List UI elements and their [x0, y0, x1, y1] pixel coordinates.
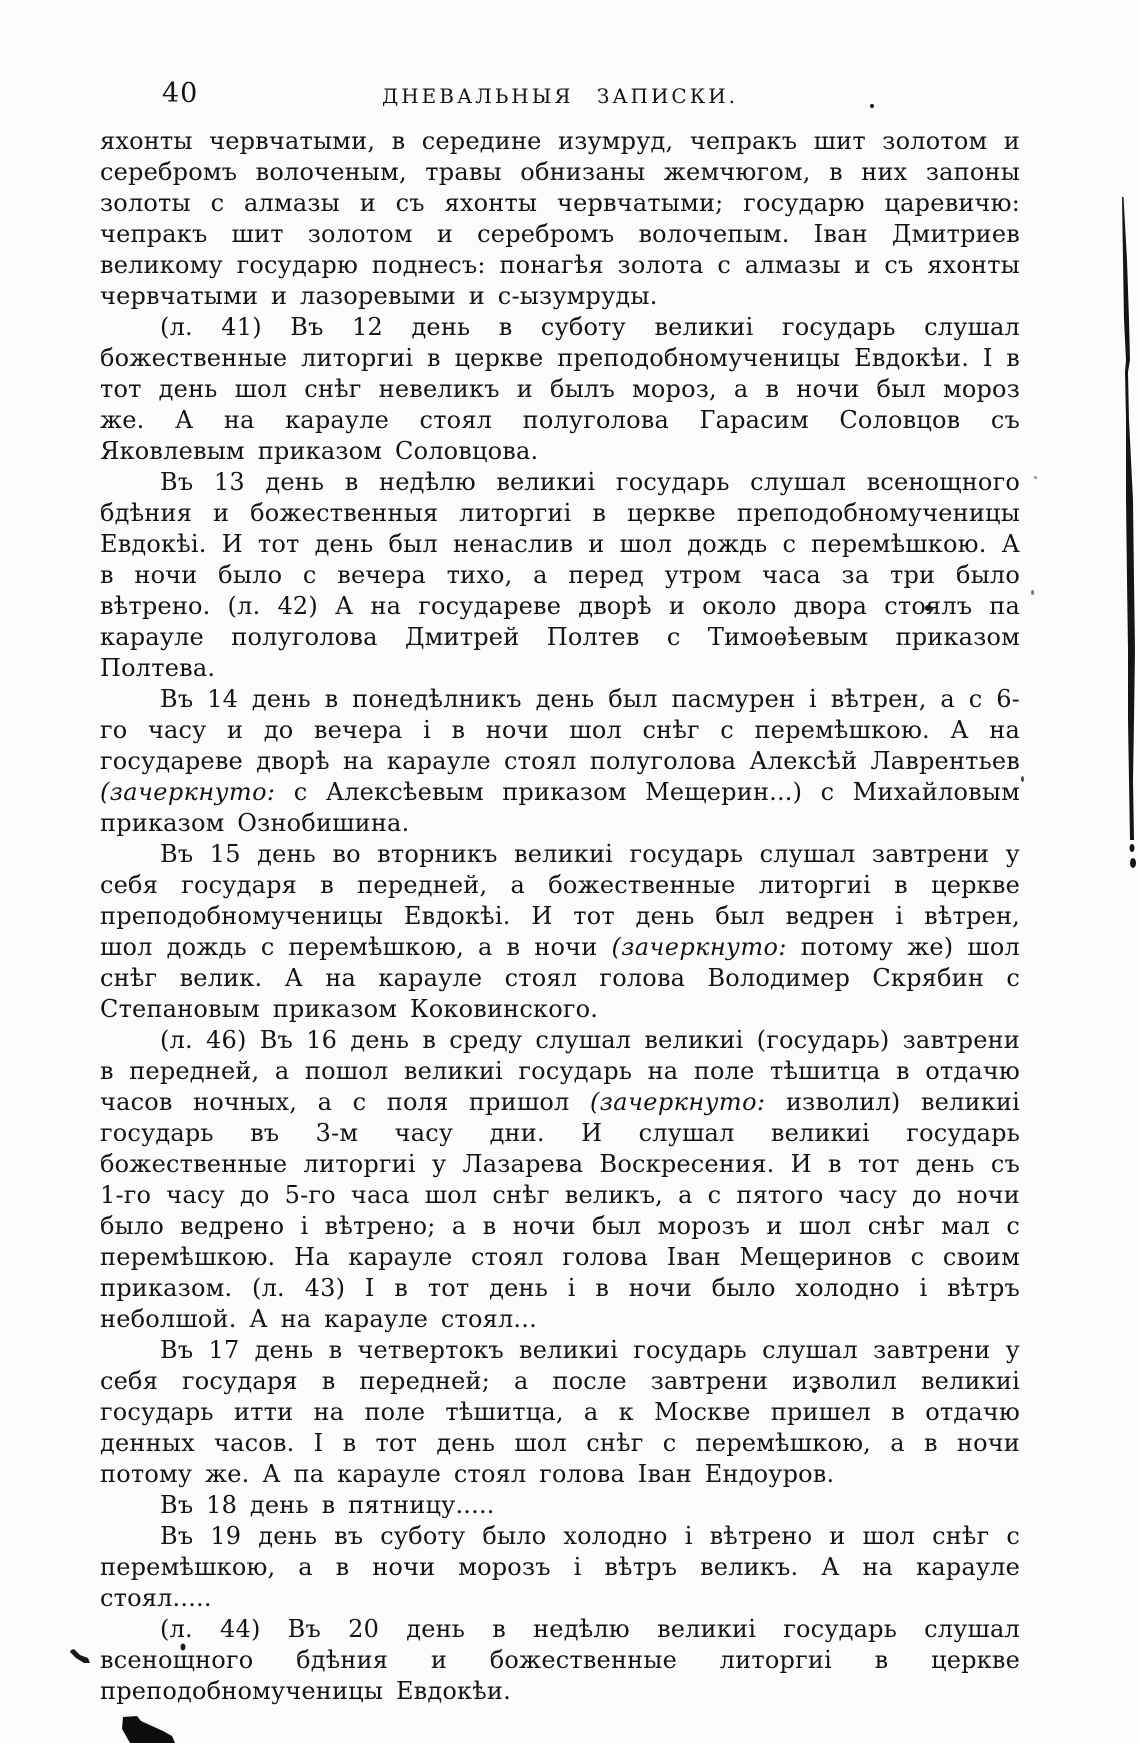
page-header: 40 ДНЕВАЛЬНЫЯ ЗАПИСКИ.: [100, 76, 1020, 114]
text-run: Въ 13 день в недѣлю великиі государь слу…: [100, 468, 1020, 682]
paragraph: Въ 17 день в четвертокъ великиі государь…: [100, 1335, 1020, 1490]
ink-speck: [870, 104, 874, 108]
paragraph: Въ 15 день во вторникъ великиі государь …: [100, 839, 1020, 1025]
text-run: яхонты червчатыми, в середине изумруд, ч…: [100, 127, 1020, 310]
ink-speck: [1031, 590, 1034, 595]
paragraph: Въ 13 день в недѣлю великиі государь слу…: [100, 467, 1020, 684]
paragraph: (л. 41) Въ 12 день в суботу великиі госу…: [100, 312, 1020, 467]
editorial-note-italic: (зачеркнуто:: [100, 778, 275, 806]
text-run: (л. 44) Въ 20 день в недѣлю великиі госу…: [100, 1615, 1020, 1705]
ink-speck: [1021, 776, 1024, 782]
editorial-note-italic: (зачеркнуто:: [590, 1088, 765, 1116]
book-page: 40 ДНЕВАЛЬНЫЯ ЗАПИСКИ. яхонты червчатыми…: [0, 0, 1140, 1743]
ink-speck: [1034, 476, 1037, 479]
paragraph: (л. 46) Въ 16 день в среду слушал велики…: [100, 1025, 1020, 1335]
vertical-ink-streak: [1115, 190, 1140, 880]
ink-speck: [812, 1388, 817, 1393]
paragraph: яхонты червчатыми, в середине изумруд, ч…: [100, 126, 1020, 312]
text-run: изволил) великиі государь въ 3-м часу дн…: [100, 1088, 1020, 1333]
paragraph: (л. 44) Въ 20 день в недѣлю великиі госу…: [100, 1614, 1020, 1707]
text-body: яхонты червчатыми, в середине изумруд, ч…: [100, 126, 1020, 1707]
text-run: Въ 14 день в понедѣлникъ день был пасмур…: [100, 685, 1020, 775]
editorial-note-italic: (зачеркнуто:: [611, 933, 786, 961]
paragraph: Въ 18 день в пятницу.....: [100, 1490, 1020, 1521]
ink-blot: [115, 1710, 185, 1743]
paragraph: Въ 19 день въ суботу было холодно і вѣтр…: [100, 1521, 1020, 1614]
text-run: Въ 17 день в четвертокъ великиі государь…: [100, 1336, 1020, 1488]
ink-speck: [925, 605, 931, 611]
running-title: ДНЕВАЛЬНЫЯ ЗАПИСКИ.: [100, 84, 1020, 108]
text-run: (л. 41) Въ 12 день в суботу великиі госу…: [100, 313, 1020, 465]
text-run: Въ 18 день в пятницу.....: [160, 1491, 495, 1519]
text-run: Въ 19 день въ суботу было холодно і вѣтр…: [100, 1522, 1020, 1612]
paragraph: Въ 14 день в понедѣлникъ день был пасмур…: [100, 684, 1020, 839]
